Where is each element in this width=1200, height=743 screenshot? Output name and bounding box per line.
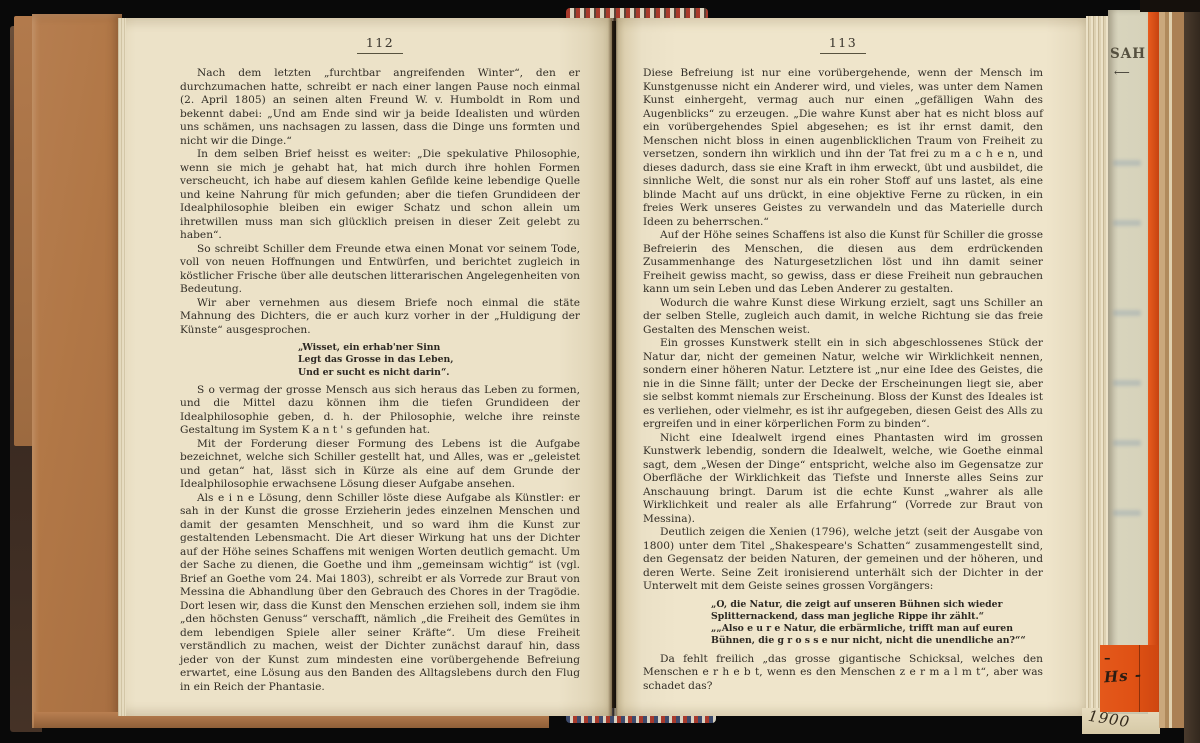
orange-endpaper-edge: [1148, 10, 1159, 712]
verse-line: „Wisset, ein erhab'ner Sinn: [298, 342, 580, 354]
inside-cover-paper: [32, 14, 122, 728]
paragraph: Als e i n e Lösung, denn Schiller löste …: [180, 492, 580, 695]
paragraph: Da fehlt freilich „das grosse gigantisch…: [643, 653, 1043, 694]
book-scan-photo: { "left": { "page_number": "112", "p1": …: [0, 0, 1200, 743]
paragraph: Auf der Höhe seines Schaffens ist also d…: [643, 229, 1043, 297]
orange-shelf-label: – Hs -: [1100, 645, 1158, 712]
ink-bleed-smudge: [1113, 440, 1141, 446]
handwritten-shelfmark: Hs -: [1103, 666, 1142, 687]
top-right-shadow: [1140, 0, 1200, 12]
paragraph: Nicht eine Idealwelt irgend eines Phanta…: [643, 432, 1043, 527]
inserted-index-card: SAH ⟵: [1108, 10, 1148, 714]
paragraph: Nach dem letzten „furchtbar angreifenden…: [180, 67, 580, 148]
page-left-text-block: 112 Nach dem letzten „furchtbar angreife…: [180, 32, 580, 694]
verse-quote: „O, die Natur, die zeigt auf unseren Büh…: [711, 599, 1043, 648]
paragraph: In dem selben Brief heisst es weiter: „D…: [180, 148, 580, 243]
paragraph: So schreibt Schiller dem Freunde etwa ei…: [180, 243, 580, 297]
back-cover-edge: [1184, 0, 1200, 743]
ink-bleed-smudge: [1113, 310, 1141, 316]
verse-line: Bühnen, die g r o s s e nur nicht, nicht…: [711, 635, 1043, 647]
page-left-112: 112 Nach dem letzten „furchtbar angreife…: [118, 18, 612, 716]
card-stamp-text: SAH: [1110, 46, 1150, 62]
cardboard-cover-edge: [1159, 6, 1184, 728]
page-number-right: 113: [820, 35, 866, 54]
left-arrow-icon: ⟵: [1114, 66, 1130, 79]
ink-bleed-smudge: [1113, 510, 1141, 516]
verse-line: „„Also e u r e Natur, die erbärmliche, t…: [711, 623, 1043, 635]
handwritten-dash: –: [1104, 651, 1111, 666]
page-right-text-block: 113 Diese Befreiung ist nur eine vorüber…: [643, 32, 1043, 693]
ink-bleed-smudge: [1113, 220, 1141, 226]
book-gutter-shadow: [608, 18, 618, 716]
page-number-row: 113: [643, 32, 1043, 54]
paragraph: Deutlich zeigen die Xenien (1796), welch…: [643, 526, 1043, 594]
page-right-113: 113 Diese Befreiung ist nur eine vorüber…: [616, 18, 1088, 716]
page-number-row: 112: [180, 32, 580, 54]
paragraph: Wodurch die wahre Kunst diese Wirkung er…: [643, 297, 1043, 338]
ink-bleed-smudge: [1113, 380, 1141, 386]
ink-bleed-smudge: [1113, 160, 1141, 166]
verse-line: Legt das Grosse in das Leben,: [298, 354, 580, 366]
verse-line: Splitternackend, dass man jegliche Rippe…: [711, 611, 1043, 623]
page-fore-edge: [1086, 16, 1108, 716]
paragraph: Ein grosses Kunstwerk stellt ein in sich…: [643, 337, 1043, 432]
verse-line: „O, die Natur, die zeigt auf unseren Büh…: [711, 599, 1043, 611]
paragraph: S o vermag der grosse Mensch aus sich he…: [180, 384, 580, 438]
paragraph: Wir aber vernehmen aus diesem Briefe noc…: [180, 297, 580, 338]
verse-quote: „Wisset, ein erhab'ner Sinn Legt das Gro…: [298, 342, 580, 379]
page-number-left: 112: [357, 35, 403, 54]
paragraph: Diese Befreiung ist nur eine vorübergehe…: [643, 67, 1043, 229]
verse-line: Und er sucht es nicht darin“.: [298, 367, 580, 379]
paragraph: Mit der Forderung dieser Formung des Leb…: [180, 438, 580, 492]
